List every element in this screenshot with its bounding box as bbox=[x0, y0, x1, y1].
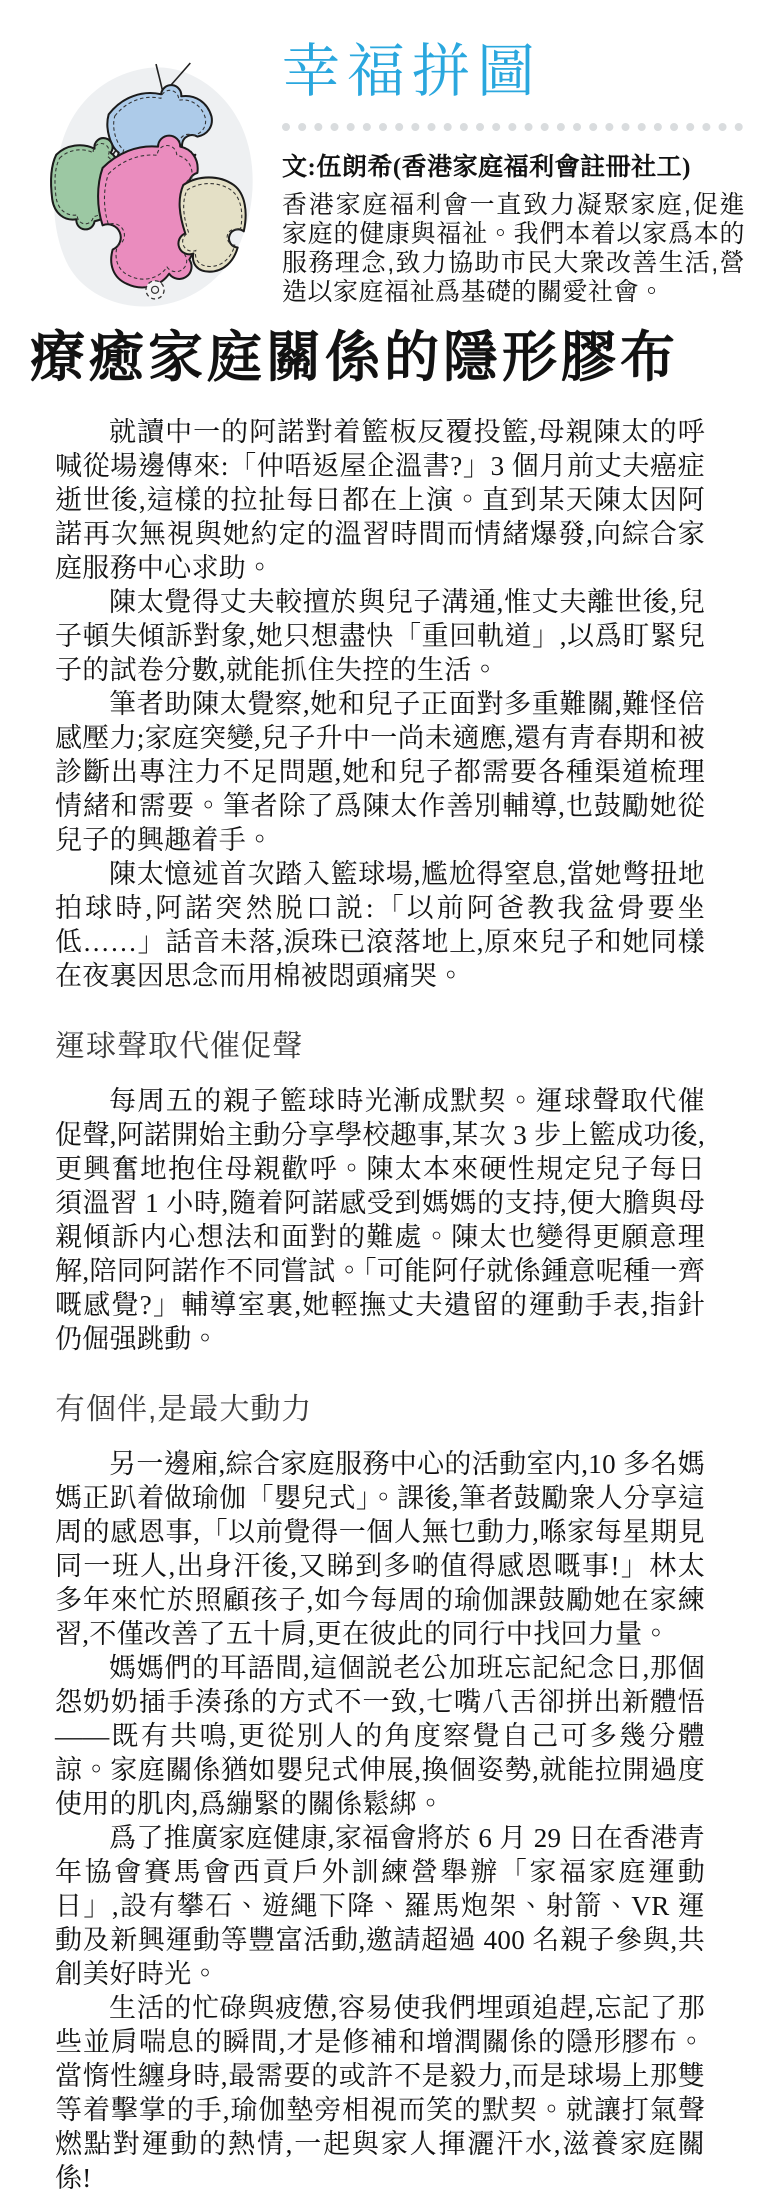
paragraph: 媽媽們的耳語間,這個説老公加班忘記紀念日,那個怨奶奶插手湊孫的方式不一致,七嘴八… bbox=[55, 1651, 705, 1821]
paragraph: 生活的忙碌與疲憊,容易使我們埋頭追趕,忘記了那些並肩喘息的瞬間,才是修補和增潤關… bbox=[55, 1991, 705, 2195]
dotted-separator bbox=[282, 123, 743, 131]
article-body: 就讀中一的阿諾對着籃板反覆投籃,母親陳太的呼喊從場邊傳來:「仲唔返屋企溫書?」3… bbox=[55, 415, 705, 2195]
masthead-right-column: 幸福拼圖 文:伍朗希(香港家庭福利會註冊社工) 香港家庭福利會一直致力凝聚家庭,… bbox=[282, 40, 745, 307]
masthead: 幸福拼圖 文:伍朗希(香港家庭福利會註冊社工) 香港家庭福利會一直致力凝聚家庭,… bbox=[0, 0, 759, 310]
paragraph: 就讀中一的阿諾對着籃板反覆投籃,母親陳太的呼喊從場邊傳來:「仲唔返屋企溫書?」3… bbox=[55, 415, 705, 585]
section-heading: 有個伴,是最大動力 bbox=[55, 1393, 705, 1426]
byline: 文:伍朗希(香港家庭福利會註冊社工) bbox=[282, 147, 745, 183]
puzzle-illustration bbox=[42, 62, 260, 310]
paragraph: 陳太憶述首次踏入籃球場,尷尬得窒息,當她彆扭地拍球時,阿諾突然脱口説:「以前阿爸… bbox=[55, 857, 705, 993]
section-heading: 運球聲取代催促聲 bbox=[55, 1030, 705, 1063]
paragraph: 筆者助陳太覺察,她和兒子正面對多重難關,難怪倍感壓力;家庭突變,兒子升中一尚未適… bbox=[55, 687, 705, 857]
paragraph: 另一邊廂,綜合家庭服務中心的活動室内,10 多名媽媽正趴着做瑜伽「嬰兒式」。課後… bbox=[55, 1447, 705, 1651]
column-title: 幸福拼圖 bbox=[282, 42, 745, 103]
paragraph: 爲了推廣家庭健康,家福會將於 6 月 29 日在香港青年協會賽馬會西貢户外訓練營… bbox=[55, 1821, 705, 1991]
puzzle-pieces-icon bbox=[42, 62, 260, 310]
paragraph: 陳太覺得丈夫較擅於與兒子溝通,惟丈夫離世後,兒子頓失傾訴對象,她只想盡快「重回軌… bbox=[55, 585, 705, 687]
article-headline: 療癒家庭關係的隱形膠布 bbox=[30, 330, 735, 385]
paragraph: 每周五的親子籃球時光漸成默契。運球聲取代催促聲,阿諾開始主動分享學校趣事,某次 … bbox=[55, 1084, 705, 1356]
intro-paragraph: 香港家庭福利會一直致力凝聚家庭,促進家庭的健康與福祉。我們本着以家爲本的服務理念… bbox=[282, 191, 745, 307]
article-page: 幸福拼圖 文:伍朗希(香港家庭福利會註冊社工) 香港家庭福利會一直致力凝聚家庭,… bbox=[0, 0, 759, 2200]
